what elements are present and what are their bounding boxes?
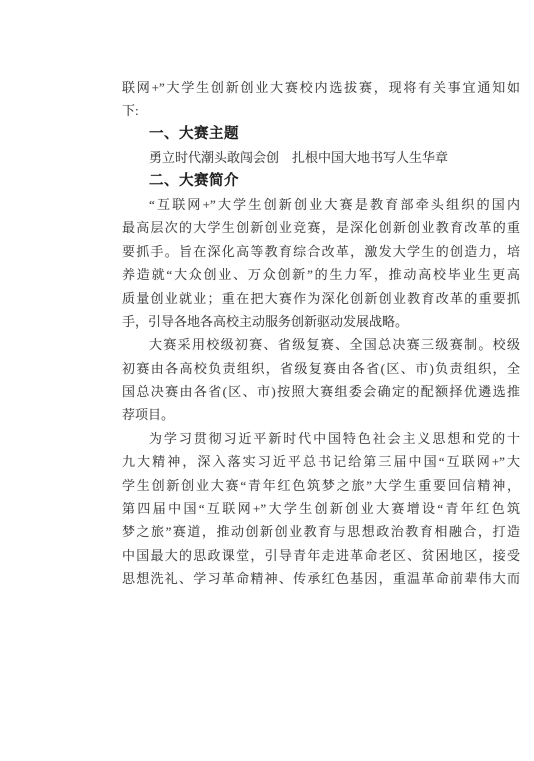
text-line: 手，引导各地各高校主动服务创新驱动发展战略。 xyxy=(122,310,520,333)
text-line: 梦之旅”赛道，推动创新创业教育与思想政治教育相融合，打造 xyxy=(122,520,520,543)
text-line: 中国最大的思政课堂，引导青年走进革命老区、贫困地区，接受 xyxy=(122,544,520,567)
section-heading: 一、大赛主题 xyxy=(122,123,520,146)
text-line: 为学习贯彻习近平新时代中国特色社会主义思想和党的十 xyxy=(122,427,520,450)
text-line: 养造就“大众创业、万众创新”的生力军，推动高校毕业生更高 xyxy=(122,263,520,286)
text-line: 思想洗礼、学习革命精神、传承红色基因，重温革命前辈伟大而 xyxy=(122,567,520,590)
text-line: 最高层次的大学生创新创业竞赛，是深化创新创业教育改革的重 xyxy=(122,216,520,239)
text-line: 第四届中国“互联网+”大学生创新创业大赛增设“青年红色筑 xyxy=(122,497,520,520)
text-line: 联网+”大学生创新创业大赛校内选拔赛，现将有关事宜通知如 xyxy=(122,76,520,99)
text-line: 要抓手。旨在深化高等教育综合改革，激发大学生的创造力，培 xyxy=(122,240,520,263)
text-line: 荐项目。 xyxy=(122,403,520,426)
document-text: 联网+”大学生创新创业大赛校内选拔赛，现将有关事宜通知如 下: 一、大赛主题 勇… xyxy=(122,76,520,591)
scanned-notice-page: 联网+”大学生创新创业大赛校内选拔赛，现将有关事宜通知如 下: 一、大赛主题 勇… xyxy=(0,0,534,761)
text-line: 大赛采用校级初赛、省级复赛、全国总决赛三级赛制。校级 xyxy=(122,333,520,356)
text-line: 下: xyxy=(122,99,520,122)
contest-theme-line: 勇立时代潮头敢闯会创 扎根中国大地书写人生华章 xyxy=(122,146,520,169)
text-line: 九大精神，深入落实习近平总书记给第三届中国“互联网+”大 xyxy=(122,450,520,473)
text-line: 初赛由各高校负责组织，省级复赛由各省(区、市)负责组织，全 xyxy=(122,357,520,380)
text-line: 国总决赛由各省(区、市)按照大赛组委会确定的配额择优遴选推 xyxy=(122,380,520,403)
section-heading: 二、大赛简介 xyxy=(122,170,520,193)
text-line: “互联网+”大学生创新创业大赛是教育部牵头组织的国内 xyxy=(122,193,520,216)
text-line: 质量创业就业；重在把大赛作为深化创新创业教育改革的重要抓 xyxy=(122,287,520,310)
text-line: 学生创新创业大赛“青年红色筑梦之旅”大学生重要回信精神， xyxy=(122,474,520,497)
